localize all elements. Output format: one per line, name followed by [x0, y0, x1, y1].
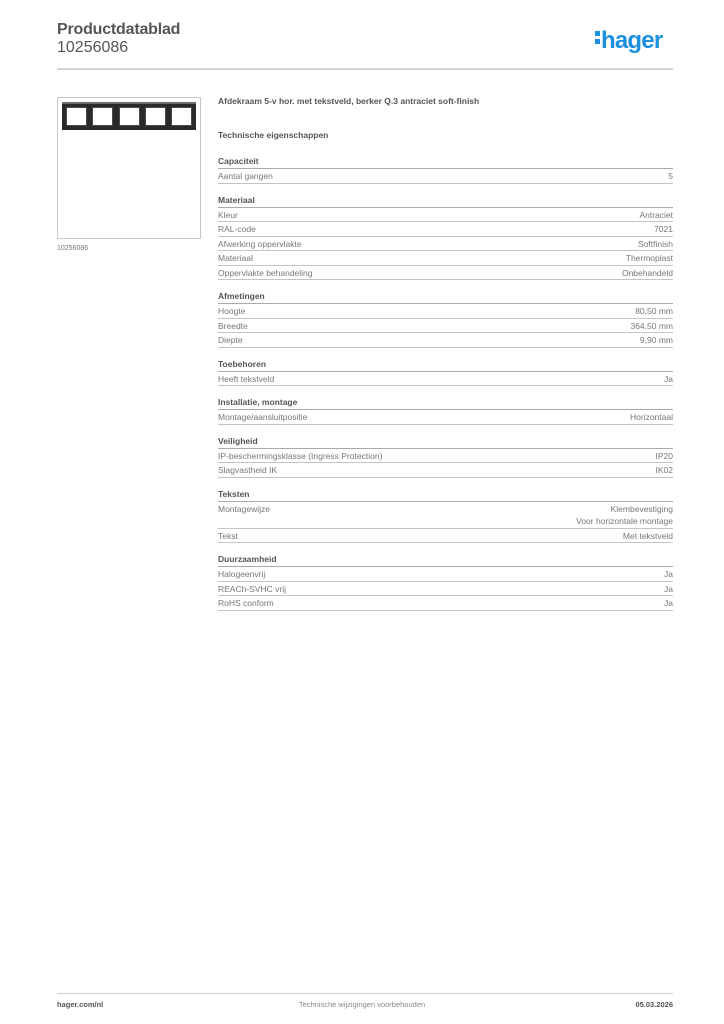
spec-value: Onbehandeld	[622, 267, 673, 280]
section-title: Installatie, montage	[218, 396, 673, 410]
spec-label: REACh-SVHC vrij	[218, 583, 286, 596]
spec-row: Oppervlakte behandelingOnbehandeld	[218, 266, 673, 281]
section-title: Duurzaamheid	[218, 553, 673, 567]
spec-value-line: Ja	[664, 568, 673, 581]
spec-sections: CapaciteitAantal gangen5MateriaalKleurAn…	[218, 155, 673, 611]
footer-date: 05.03.2026	[635, 1000, 673, 1009]
spec-row: Hoogte80,50 mm	[218, 304, 673, 319]
image-caption: 10256086	[57, 245, 88, 252]
spec-value: IK02	[656, 464, 674, 477]
spec-value-line: 9,90 mm	[640, 334, 673, 347]
spec-value: IP20	[656, 450, 674, 463]
product-name: Afdekraam 5-v hor. met tekstveld, berker…	[218, 96, 673, 130]
spec-row: Heeft tekstveldJa	[218, 372, 673, 387]
footer-disclaimer: Technische wijzigingen voorbehouden	[0, 1000, 724, 1009]
technical-properties-heading: Technische eigenschappen	[218, 130, 673, 155]
spec-value: Softfinish	[638, 238, 673, 251]
spec-value-line: Klembevestiging	[576, 503, 673, 516]
spec-row: Montage/aansluitpositieHorizontaal	[218, 410, 673, 425]
spec-row: KleurAntraciet	[218, 208, 673, 223]
spec-value: 7021	[654, 223, 673, 236]
spec-value: Ja	[664, 597, 673, 610]
product-number: 10256086	[57, 39, 128, 57]
spec-row: Afwerking oppervlakteSoftfinish	[218, 237, 673, 252]
spec-value-line: 80,50 mm	[635, 305, 673, 318]
spec-row: MateriaalThermoplast	[218, 251, 673, 266]
spec-row: IP-beschermingsklasse (Ingress Protectio…	[218, 449, 673, 464]
spec-row: Aantal gangen5	[218, 169, 673, 184]
spec-value: Ja	[664, 373, 673, 386]
spec-row: TekstMet tekstveld	[218, 529, 673, 544]
spec-value-line: Thermoplast	[626, 252, 673, 265]
spec-row: HalogeenvrijJa	[218, 567, 673, 582]
spec-value: 9,90 mm	[640, 334, 673, 347]
spec-section: ToebehorenHeeft tekstveldJa	[218, 358, 673, 387]
hager-logo: hager	[595, 27, 662, 55]
spec-value-line: Ja	[664, 373, 673, 386]
spec-row: REACh-SVHC vrijJa	[218, 582, 673, 597]
spec-label: Materiaal	[218, 252, 253, 265]
spec-label: Breedte	[218, 320, 248, 333]
cover-frame-icon	[62, 102, 196, 130]
spec-label: Tekst	[218, 530, 238, 543]
spec-row: Slagvastheid IKIK02	[218, 463, 673, 478]
section-title: Teksten	[218, 488, 673, 502]
spec-row: RoHS conformJa	[218, 596, 673, 611]
section-title: Afmetingen	[218, 290, 673, 304]
spec-section: CapaciteitAantal gangen5	[218, 155, 673, 184]
spec-section: DuurzaamheidHalogeenvrijJaREACh-SVHC vri…	[218, 553, 673, 611]
spec-value-line: Onbehandeld	[622, 267, 673, 280]
spec-value-line: IP20	[656, 450, 674, 463]
spec-value-line: Horizontaal	[630, 411, 673, 424]
spec-value-line: 7021	[654, 223, 673, 236]
section-title: Veiligheid	[218, 435, 673, 449]
spec-label: Montagewijze	[218, 503, 270, 528]
spec-label: RoHS conform	[218, 597, 274, 610]
spec-row: Diepte9,90 mm	[218, 333, 673, 348]
spec-label: Aantal gangen	[218, 170, 273, 183]
spec-value-line: Ja	[664, 597, 673, 610]
footer-divider	[57, 993, 673, 994]
spec-label: Slagvastheid IK	[218, 464, 277, 477]
spec-section: MateriaalKleurAntracietRAL-code7021Afwer…	[218, 194, 673, 281]
spec-value: Ja	[664, 568, 673, 581]
spec-section: AfmetingenHoogte80,50 mmBreedte364,50 mm…	[218, 290, 673, 348]
spec-row: MontagewijzeKlembevestigingVoor horizont…	[218, 502, 673, 529]
spec-value-line: 364,50 mm	[630, 320, 673, 333]
spec-label: Halogeenvrij	[218, 568, 265, 581]
logo-text: hager	[601, 27, 662, 54]
spec-value: Thermoplast	[626, 252, 673, 265]
header-divider	[57, 68, 673, 70]
section-title: Toebehoren	[218, 358, 673, 372]
spec-label: Heeft tekstveld	[218, 373, 274, 386]
spec-section: VeiligheidIP-beschermingsklasse (Ingress…	[218, 435, 673, 478]
spec-label: Montage/aansluitpositie	[218, 411, 307, 424]
section-title: Materiaal	[218, 194, 673, 208]
logo-colon-icon	[595, 28, 600, 47]
header-title: Productdatablad	[57, 21, 180, 39]
spec-label: Hoogte	[218, 305, 245, 318]
spec-section: TekstenMontagewijzeKlembevestigingVoor h…	[218, 488, 673, 544]
spec-value: 5	[668, 170, 673, 183]
spec-label: IP-beschermingsklasse (Ingress Protectio…	[218, 450, 382, 463]
spec-value: Met tekstveld	[623, 530, 673, 543]
spec-value-line: Met tekstveld	[623, 530, 673, 543]
spec-value-line: IK02	[656, 464, 674, 477]
section-title: Capaciteit	[218, 155, 673, 169]
spec-value-line: 5	[668, 170, 673, 183]
spec-row: Breedte364,50 mm	[218, 319, 673, 334]
spec-row: RAL-code7021	[218, 222, 673, 237]
spec-value: Antraciet	[639, 209, 673, 222]
spec-value-line: Softfinish	[638, 238, 673, 251]
spec-value-line: Antraciet	[639, 209, 673, 222]
spec-value: KlembevestigingVoor horizontale montage	[576, 503, 673, 528]
spec-value-line: Ja	[664, 583, 673, 596]
spec-value-line: Voor horizontale montage	[576, 515, 673, 528]
spec-label: Kleur	[218, 209, 238, 222]
spec-label: Afwerking oppervlakte	[218, 238, 302, 251]
product-content: Afdekraam 5-v hor. met tekstveld, berker…	[218, 96, 673, 621]
spec-section: Installatie, montageMontage/aansluitposi…	[218, 396, 673, 425]
product-image	[57, 97, 201, 239]
spec-label: RAL-code	[218, 223, 256, 236]
spec-label: Diepte	[218, 334, 243, 347]
spec-value: Ja	[664, 583, 673, 596]
spec-value: 364,50 mm	[630, 320, 673, 333]
spec-value: Horizontaal	[630, 411, 673, 424]
spec-value: 80,50 mm	[635, 305, 673, 318]
spec-label: Oppervlakte behandeling	[218, 267, 313, 280]
